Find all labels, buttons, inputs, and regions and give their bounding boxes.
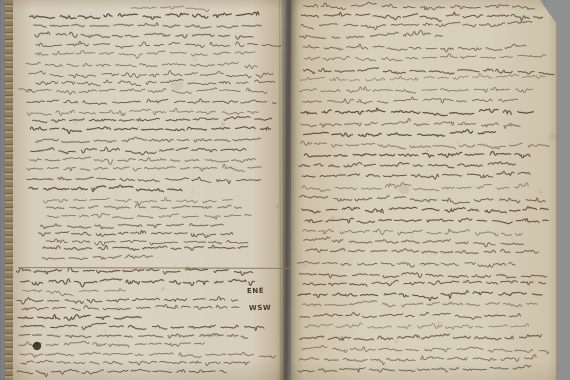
right-page [291,0,558,380]
left-page [13,0,285,380]
compass-bearing-wsw: WSW [249,304,271,312]
book-gutter-shadow [275,0,298,380]
compass-bearing-ene: ENE [247,287,264,295]
manuscript-photo: ENE WSW [0,0,570,380]
